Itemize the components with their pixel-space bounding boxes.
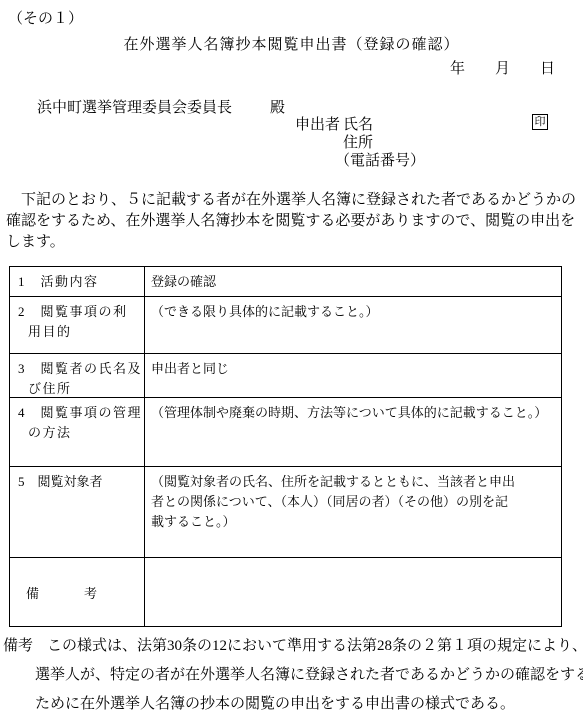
phone-field-label: （電話番号） — [335, 149, 425, 170]
table-row: 4 閲覧事項の管理の方法（管理体制や廃棄の時期、方法等について具体的に記載するこ… — [10, 397, 561, 466]
intro-line: します。 — [6, 232, 583, 253]
row-label: 2 閲覧事項の利用目的 — [10, 297, 145, 353]
row-value: （閲覧対象者の氏名、住所を記載するとともに、当該者と申出者との関係について、（本… — [145, 467, 561, 557]
form-document: （その１） 在外選挙人名簿抄本閲覧申出書（登録の確認） 年 月 日 浜中町選挙管… — [0, 0, 583, 717]
note-line: ために在外選挙人名簿の抄本の閲覧の申出をする申出書の様式である。 — [35, 694, 583, 717]
row-label: 3 閲覧者の氏名及び住所 — [10, 354, 145, 397]
row-label: 5 閲覧対象者 — [10, 467, 145, 557]
row-label: 4 閲覧事項の管理の方法 — [10, 398, 145, 466]
applicant-block: 申出者 氏名 住所 （電話番号） — [295, 113, 555, 169]
intro-paragraph: 下記のとおり、５に記載する者が在外選挙人名簿に登録された者であるかどうかの 確認… — [6, 190, 583, 253]
remarks-label: 備考 — [3, 638, 33, 654]
row-value — [145, 558, 561, 626]
row-value: （管理体制や廃棄の時期、方法等について具体的に記載すること。） — [145, 398, 561, 466]
row-value: 登録の確認 — [145, 267, 561, 296]
row-value: 申出者と同じ — [145, 354, 561, 397]
date-line: 年 月 日 — [450, 57, 555, 78]
seal-stamp-mark: 印 — [532, 114, 548, 130]
row-value: （できる限り具体的に記載すること。） — [145, 297, 561, 353]
row-label: 1 活動内容 — [10, 267, 145, 296]
intro-line: 下記のとおり、５に記載する者が在外選挙人名簿に登録された者であるかどうかの — [6, 190, 583, 211]
table-row: 5 閲覧対象者（閲覧対象者の氏名、住所を記載するとともに、当該者と申出者との関係… — [10, 466, 561, 557]
addressee-name: 浜中町選挙管理委員会委員長 — [37, 100, 232, 116]
row-label: 備考 — [10, 558, 145, 626]
note-line: 選挙人が、特定の者が在外選挙人名簿に登録された者であるかどうかの確認をする — [35, 665, 583, 694]
table-row: 1 活動内容登録の確認 — [10, 267, 561, 296]
page-title: 在外選挙人名簿抄本閲覧申出書（登録の確認） — [0, 33, 583, 54]
applicant-label: 申出者 — [295, 113, 340, 134]
addressee-honorific: 殿 — [270, 100, 285, 116]
remarks-note: 備考この様式は、法第30条の12において準用する法第28条の２第１項の規定により… — [3, 636, 583, 717]
table-row: 2 閲覧事項の利用目的（できる限り具体的に記載すること。） — [10, 296, 561, 353]
corner-note: （その１） — [8, 7, 83, 28]
intro-line: 確認をするため、在外選挙人名簿抄本を閲覧する必要がありますので、閲覧の申出を — [6, 211, 583, 232]
table-row: 備考 — [10, 557, 561, 626]
table-row: 3 閲覧者の氏名及び住所申出者と同じ — [10, 353, 561, 397]
form-table: 1 活動内容登録の確認2 閲覧事項の利用目的（できる限り具体的に記載すること。）… — [9, 266, 562, 627]
addressee: 浜中町選挙管理委員会委員長殿 — [37, 96, 285, 117]
note-line: 備考この様式は、法第30条の12において準用する法第28条の２第１項の規定により… — [3, 636, 583, 665]
